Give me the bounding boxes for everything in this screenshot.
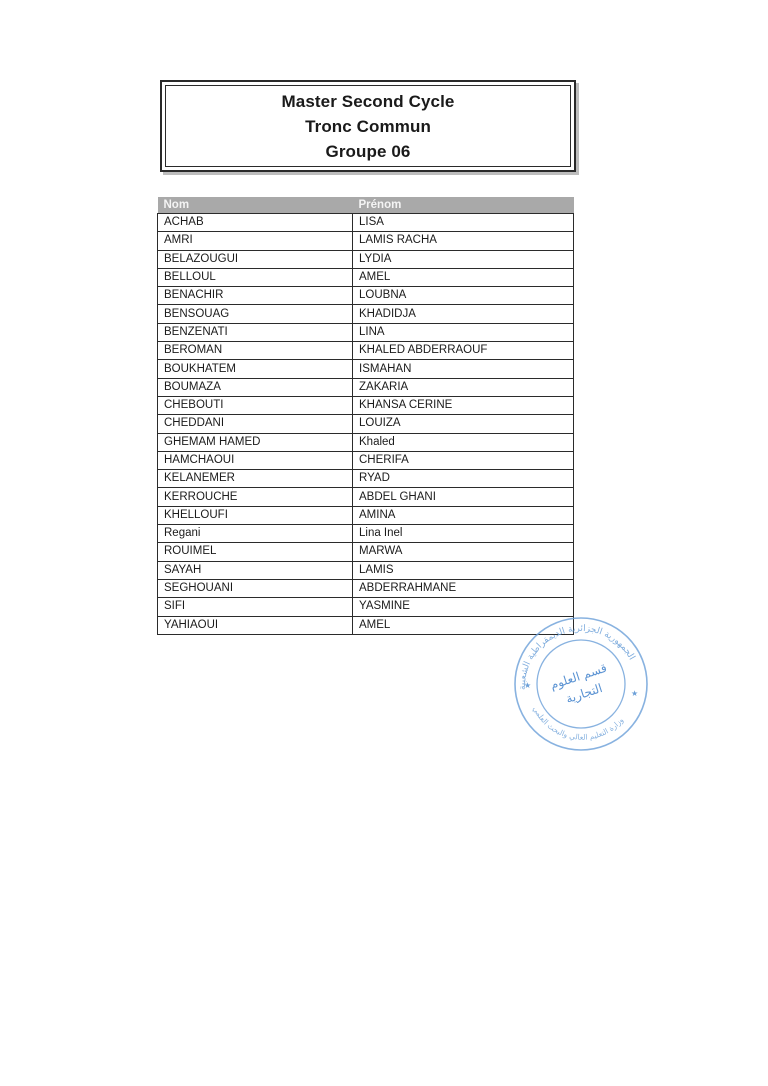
cell-prenom: Lina Inel: [353, 525, 574, 543]
cell-prenom: LOUIZA: [353, 415, 574, 433]
cell-prenom: KHADIDJA: [353, 305, 574, 323]
cell-nom: BENACHIR: [158, 287, 353, 305]
cell-nom: BELLOUL: [158, 268, 353, 286]
table-row: KHELLOUFIAMINA: [158, 506, 574, 524]
cell-nom: BENZENATI: [158, 323, 353, 341]
cell-nom: KELANEMER: [158, 470, 353, 488]
column-header-prenom: Prénom: [353, 197, 574, 214]
table-row: BEROMANKHALED ABDERRAOUF: [158, 342, 574, 360]
cell-nom: BOUKHATEM: [158, 360, 353, 378]
cell-nom: BENSOUAG: [158, 305, 353, 323]
cell-nom: KHELLOUFI: [158, 506, 353, 524]
title-group: Groupe 06: [326, 139, 411, 164]
cell-nom: YAHIAOUI: [158, 616, 353, 634]
cell-prenom: Khaled: [353, 433, 574, 451]
cell-nom: SAYAH: [158, 561, 353, 579]
title-program: Master Second Cycle: [282, 89, 455, 114]
department-stamp: الجمهورية الجزائرية الديمقراطية الشعبية …: [505, 612, 655, 752]
stamp-star-icon: ★: [631, 689, 638, 698]
cell-prenom: CHERIFA: [353, 451, 574, 469]
title-box-inner: Master Second Cycle Tronc Commun Groupe …: [165, 85, 571, 167]
cell-prenom: LOUBNA: [353, 287, 574, 305]
cell-prenom: LINA: [353, 323, 574, 341]
table-header-row: Nom Prénom: [158, 197, 574, 214]
column-header-nom: Nom: [158, 197, 353, 214]
title-track: Tronc Commun: [305, 114, 431, 139]
cell-nom: BELAZOUGUI: [158, 250, 353, 268]
cell-nom: HAMCHAOUI: [158, 451, 353, 469]
table-row: BENSOUAGKHADIDJA: [158, 305, 574, 323]
table-row: GHEMAM HAMEDKhaled: [158, 433, 574, 451]
table-row: BELLOULAMEL: [158, 268, 574, 286]
table-row: BOUKHATEMISMAHAN: [158, 360, 574, 378]
cell-nom: SEGHOUANI: [158, 579, 353, 597]
table-row: SEGHOUANIABDERRAHMANE: [158, 579, 574, 597]
cell-prenom: LAMIS RACHA: [353, 232, 574, 250]
student-roster-table: Nom Prénom ACHABLISAAMRILAMIS RACHABELAZ…: [157, 197, 574, 635]
cell-prenom: LISA: [353, 214, 574, 232]
table-row: BENZENATILINA: [158, 323, 574, 341]
table-row: KERROUCHEABDEL GHANI: [158, 488, 574, 506]
table-row: BELAZOUGUILYDIA: [158, 250, 574, 268]
table-row: KELANEMERRYAD: [158, 470, 574, 488]
cell-prenom: LAMIS: [353, 561, 574, 579]
cell-prenom: LYDIA: [353, 250, 574, 268]
cell-nom: GHEMAM HAMED: [158, 433, 353, 451]
cell-prenom: ISMAHAN: [353, 360, 574, 378]
table-row: CHEDDANILOUIZA: [158, 415, 574, 433]
cell-nom: BOUMAZA: [158, 378, 353, 396]
cell-prenom: KHANSA CERINE: [353, 396, 574, 414]
table-row: ACHABLISA: [158, 214, 574, 232]
cell-prenom: AMEL: [353, 268, 574, 286]
cell-nom: KERROUCHE: [158, 488, 353, 506]
cell-nom: BEROMAN: [158, 342, 353, 360]
cell-nom: ROUIMEL: [158, 543, 353, 561]
cell-prenom: ABDERRAHMANE: [353, 579, 574, 597]
table-row: SAYAHLAMIS: [158, 561, 574, 579]
table-row: ReganiLina Inel: [158, 525, 574, 543]
cell-prenom: KHALED ABDERRAOUF: [353, 342, 574, 360]
cell-nom: ACHAB: [158, 214, 353, 232]
cell-prenom: AMINA: [353, 506, 574, 524]
cell-prenom: RYAD: [353, 470, 574, 488]
cell-nom: CHEDDANI: [158, 415, 353, 433]
title-box: Master Second Cycle Tronc Commun Groupe …: [160, 80, 576, 172]
cell-prenom: MARWA: [353, 543, 574, 561]
table-row: CHEBOUTIKHANSA CERINE: [158, 396, 574, 414]
cell-nom: SIFI: [158, 598, 353, 616]
cell-nom: CHEBOUTI: [158, 396, 353, 414]
cell-prenom: ZAKARIA: [353, 378, 574, 396]
table-row: AMRILAMIS RACHA: [158, 232, 574, 250]
cell-nom: Regani: [158, 525, 353, 543]
cell-nom: AMRI: [158, 232, 353, 250]
stamp-star-icon: ★: [524, 681, 531, 690]
table-row: BOUMAZAZAKARIA: [158, 378, 574, 396]
table-row: ROUIMELMARWA: [158, 543, 574, 561]
cell-prenom: ABDEL GHANI: [353, 488, 574, 506]
table-row: BENACHIRLOUBNA: [158, 287, 574, 305]
table-body: ACHABLISAAMRILAMIS RACHABELAZOUGUILYDIAB…: [158, 214, 574, 635]
table-row: HAMCHAOUICHERIFA: [158, 451, 574, 469]
